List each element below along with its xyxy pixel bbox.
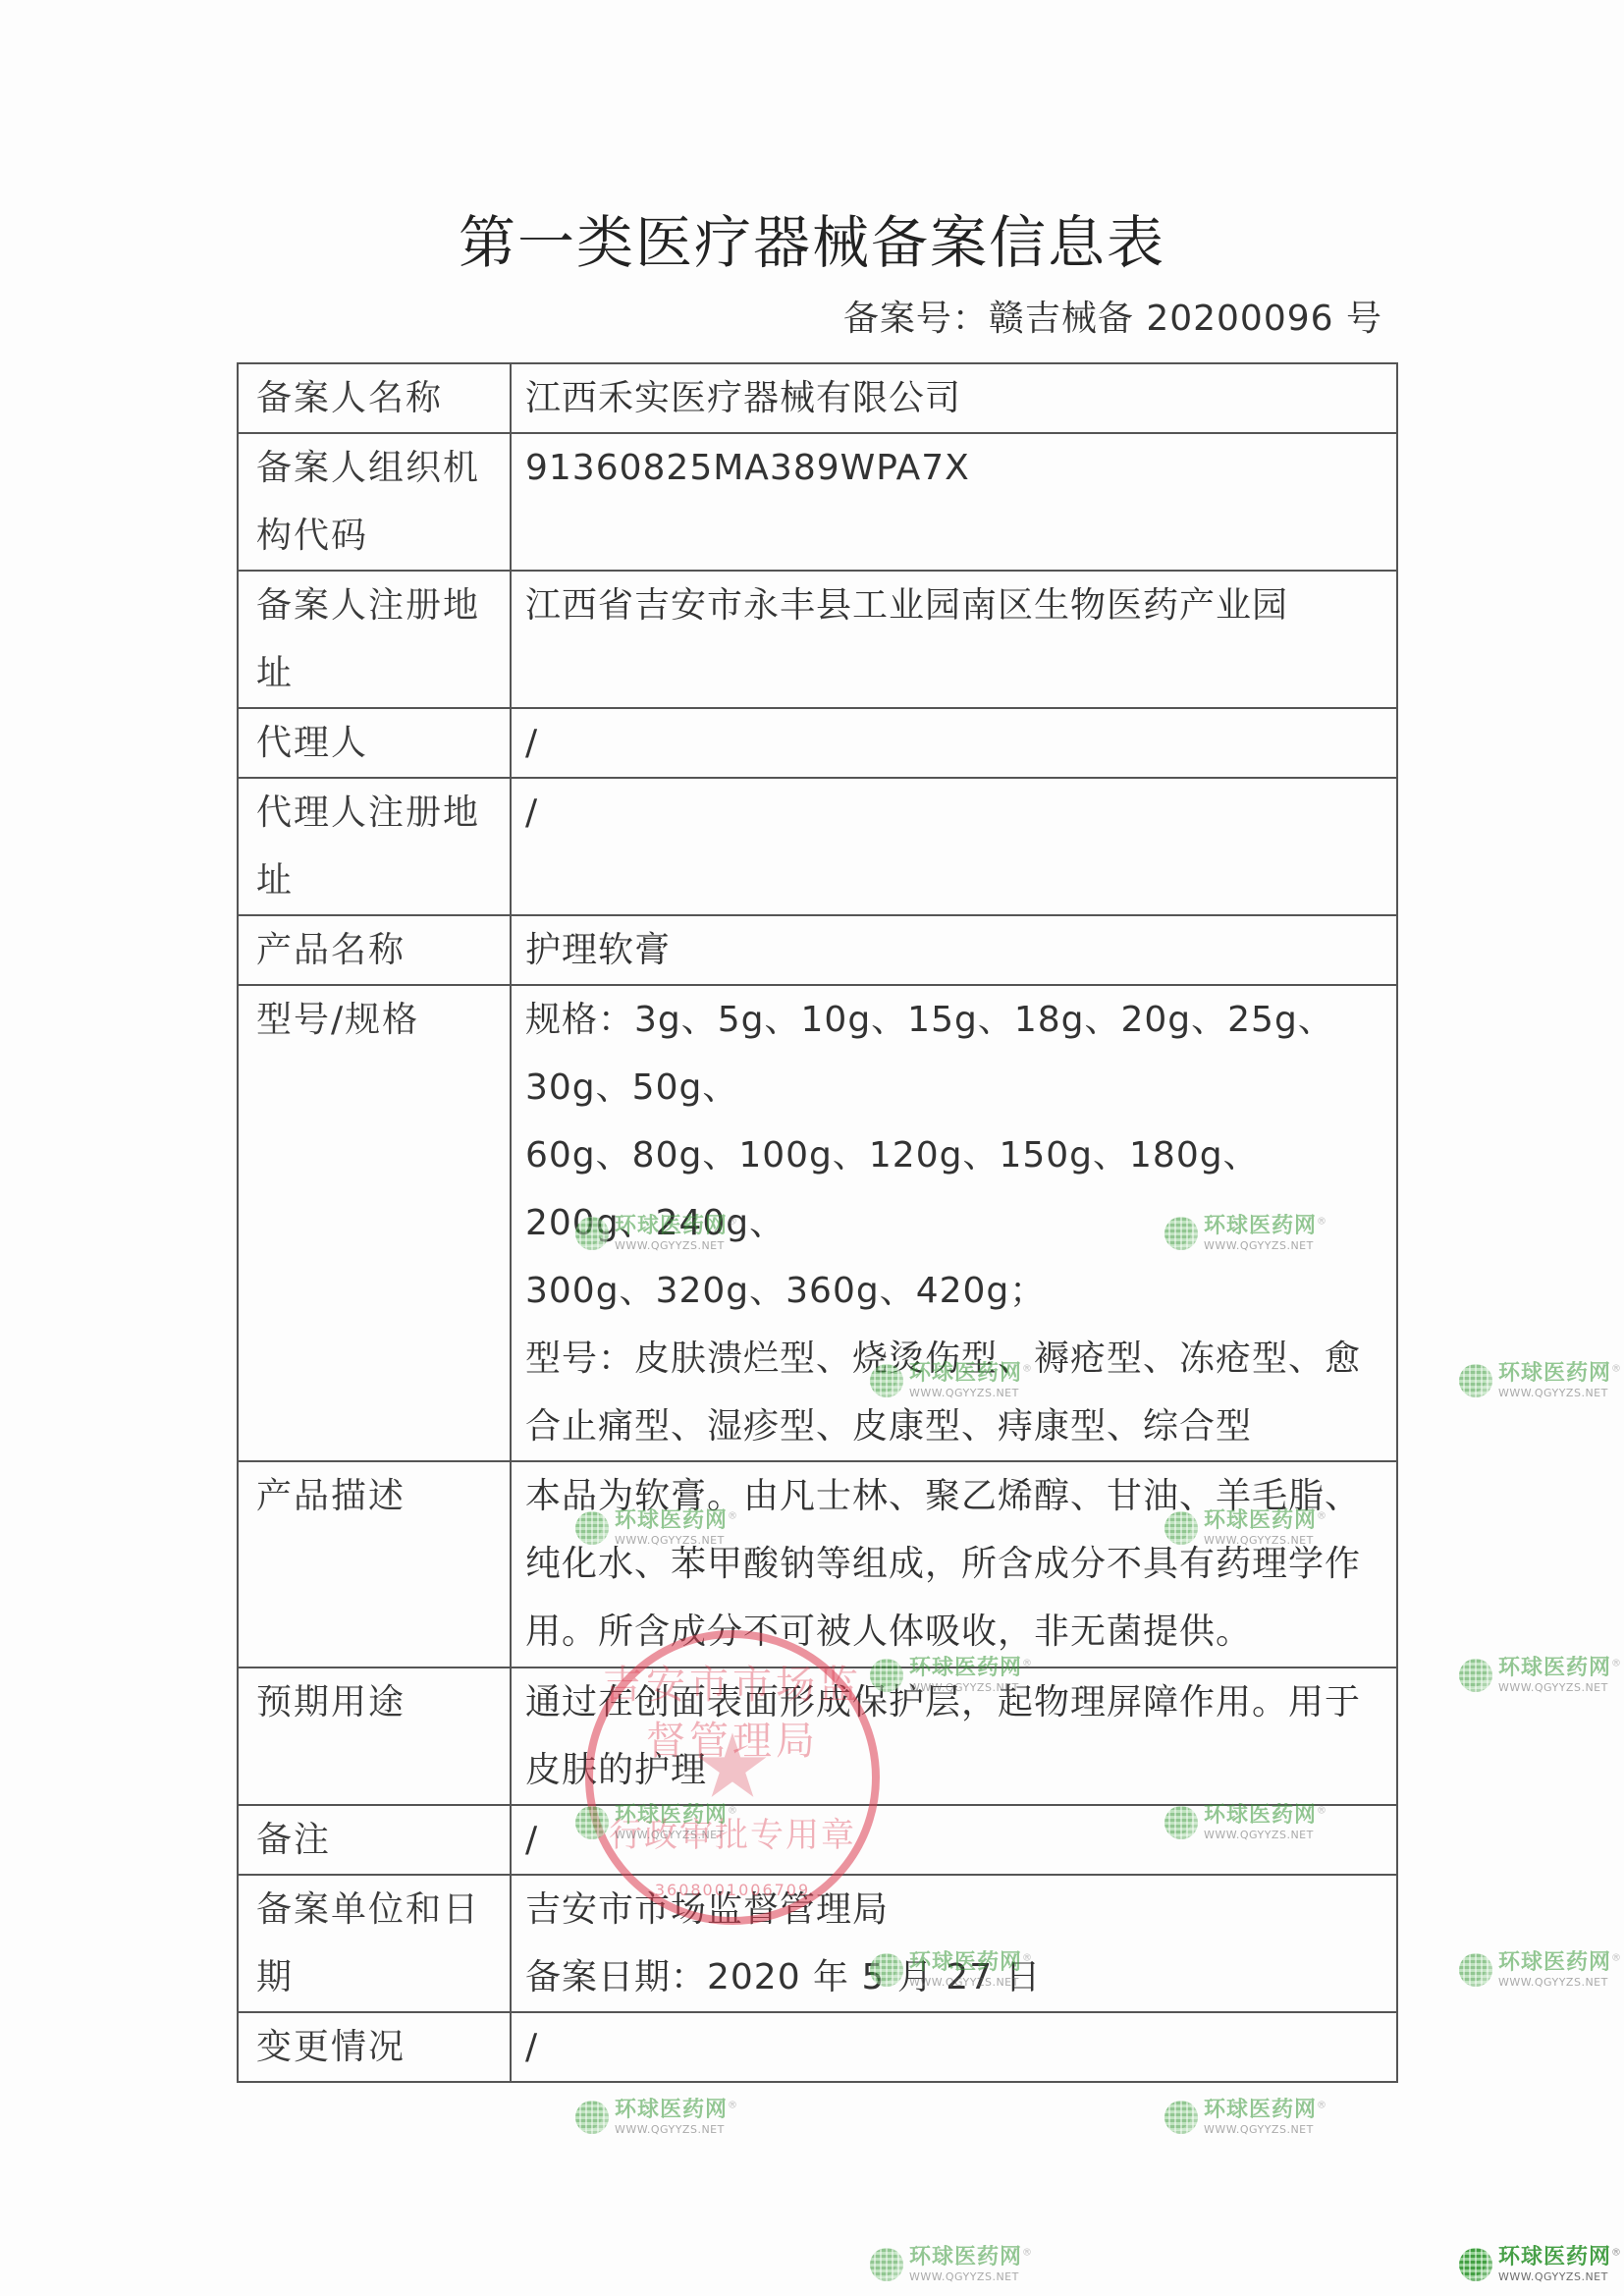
- row-value: 本品为软膏。由凡士林、聚乙烯醇、甘油、羊毛脂、 纯化水、苯甲酸钠等组成，所含成分…: [511, 1461, 1397, 1667]
- row-label: 型号/规格: [238, 985, 511, 1461]
- filing-number: 备案号：赣吉械备 20200096 号: [843, 291, 1382, 341]
- value-line: 本品为软膏。由凡士林、聚乙烯醇、甘油、羊毛脂、: [525, 1462, 1384, 1530]
- label-line: 产品描述: [256, 1462, 498, 1530]
- row-value: 吉安市市场监督管理局 备案日期：2020 年 5 月 27 日: [511, 1875, 1397, 2012]
- value-line: 通过在创面表面形成保护层，起物理屏障作用。用于: [525, 1668, 1384, 1736]
- label-line: 型号/规格: [256, 986, 498, 1054]
- row-label: 备注: [238, 1805, 511, 1875]
- row-label: 备案单位和日期: [238, 1875, 511, 2012]
- label-line: 代理人: [256, 709, 498, 777]
- value-line: /: [525, 779, 1384, 847]
- row-label: 备案人注册地址: [238, 571, 511, 708]
- globe-icon: [1459, 1953, 1492, 1987]
- filing-info-table: 备案人名称 江西禾实医疗器械有限公司 备案人组织机构代码 91360825MA3…: [237, 362, 1398, 2083]
- row-value: 规格：3g、5g、10g、15g、18g、20g、25g、30g、50g、 60…: [511, 985, 1397, 1461]
- value-line: 60g、80g、100g、120g、150g、180g、200g、240g、: [525, 1121, 1384, 1257]
- value-line: 型号：皮肤溃烂型、烧烫伤型、褥疮型、冻疮型、愈: [525, 1325, 1384, 1393]
- label-line: 构代码: [256, 502, 498, 570]
- value-line: 江西省吉安市永丰县工业园南区生物医药产业园: [525, 572, 1384, 639]
- label-line: 预期用途: [256, 1668, 498, 1736]
- registered-mark: ®: [1611, 1953, 1622, 1964]
- table-row-product-name: 产品名称 护理软膏: [238, 915, 1397, 985]
- label-line: 备案人注册地: [256, 572, 498, 639]
- row-label: 代理人注册地址: [238, 778, 511, 915]
- table-row-remarks: 备注 /: [238, 1805, 1397, 1875]
- watermark-url: WWW.QGYYZS.NET: [1498, 1977, 1622, 1988]
- table-row-agent-address: 代理人注册地址 /: [238, 778, 1397, 915]
- watermark-brand: 环球医药网: [1204, 2098, 1317, 2122]
- label-line: 址: [256, 847, 498, 914]
- table-row-filer-address: 备案人注册地址 江西省吉安市永丰县工业园南区生物医药产业园: [238, 571, 1397, 708]
- row-label: 代理人: [238, 708, 511, 778]
- row-value: 江西禾实医疗器械有限公司: [511, 363, 1397, 433]
- table-row-changes: 变更情况 /: [238, 2012, 1397, 2082]
- row-value: /: [511, 708, 1397, 778]
- watermark-url: WWW.QGYYZS.NET: [1498, 2271, 1622, 2282]
- watermark: 环球医药网®WWW.QGYYZS.NET: [1164, 2100, 1327, 2135]
- value-line: 91360825MA389WPA7X: [525, 434, 1384, 502]
- value-line: 纯化水、苯甲酸钠等组成，所含成分不具有药理学作: [525, 1530, 1384, 1598]
- label-line: 备案单位和日: [256, 1876, 498, 1943]
- value-line: 规格：3g、5g、10g、15g、18g、20g、25g、30g、50g、: [525, 986, 1384, 1121]
- row-label: 预期用途: [238, 1667, 511, 1805]
- watermark-corner: 环球医药网®WWW.QGYYZS.NET: [1459, 2247, 1622, 2282]
- value-line: /: [525, 1806, 1384, 1874]
- row-value: /: [511, 2012, 1397, 2082]
- watermark-brand: 环球医药网: [1498, 1361, 1611, 1386]
- row-value: 91360825MA389WPA7X: [511, 433, 1397, 571]
- watermark-url: WWW.QGYYZS.NET: [615, 2124, 738, 2135]
- registered-mark: ®: [728, 2101, 738, 2111]
- globe-icon: [870, 2248, 903, 2281]
- value-line: /: [525, 2013, 1384, 2081]
- row-value: 护理软膏: [511, 915, 1397, 985]
- registered-mark: ®: [1611, 1659, 1622, 1669]
- label-line: 备注: [256, 1806, 498, 1874]
- value-line: 吉安市市场监督管理局: [525, 1876, 1384, 1943]
- value-line: /: [525, 709, 1384, 777]
- globe-icon: [1459, 1364, 1492, 1397]
- watermark-brand: 环球医药网: [615, 2098, 728, 2122]
- globe-icon: [575, 2101, 609, 2134]
- watermark: 环球医药网®WWW.QGYYZS.NET: [870, 2247, 1033, 2282]
- watermark: 环球医药网®WWW.QGYYZS.NET: [1459, 1658, 1622, 1693]
- registered-mark: ®: [1611, 1364, 1622, 1375]
- label-line: 变更情况: [256, 2013, 498, 2081]
- globe-icon: [1459, 2248, 1492, 2281]
- watermark-brand: 环球医药网: [1498, 2245, 1611, 2269]
- watermark: 环球医药网®WWW.QGYYZS.NET: [1459, 1952, 1622, 1988]
- globe-icon: [1164, 2101, 1198, 2134]
- row-label: 变更情况: [238, 2012, 511, 2082]
- watermark: 环球医药网®WWW.QGYYZS.NET: [1459, 1363, 1622, 1398]
- watermark-brand: 环球医药网: [1498, 1656, 1611, 1680]
- table-row-agent: 代理人 /: [238, 708, 1397, 778]
- page-title: 第一类医疗器械备案信息表: [0, 196, 1624, 279]
- label-line: 备案人名称: [256, 364, 498, 432]
- row-value: /: [511, 778, 1397, 915]
- table-row-intended-use: 预期用途 通过在创面表面形成保护层，起物理屏障作用。用于 皮肤的护理: [238, 1667, 1397, 1805]
- label-line: 址: [256, 639, 498, 707]
- watermark-url: WWW.QGYYZS.NET: [909, 2271, 1033, 2282]
- watermark-url: WWW.QGYYZS.NET: [1498, 1682, 1622, 1693]
- label-line: 备案人组织机: [256, 434, 498, 502]
- watermark-url: WWW.QGYYZS.NET: [1204, 2124, 1327, 2135]
- row-value: /: [511, 1805, 1397, 1875]
- table-row-model-spec: 型号/规格 规格：3g、5g、10g、15g、18g、20g、25g、30g、5…: [238, 985, 1397, 1461]
- row-value: 江西省吉安市永丰县工业园南区生物医药产业园: [511, 571, 1397, 708]
- watermark-brand: 环球医药网: [909, 2245, 1022, 2269]
- value-line: 合止痛型、湿疹型、皮康型、痔康型、综合型: [525, 1393, 1384, 1460]
- label-line: 产品名称: [256, 916, 498, 984]
- row-label: 产品名称: [238, 915, 511, 985]
- table-row-filer-name: 备案人名称 江西禾实医疗器械有限公司: [238, 363, 1397, 433]
- label-line: 期: [256, 1943, 498, 2011]
- watermark-url: WWW.QGYYZS.NET: [1498, 1388, 1622, 1398]
- row-label: 产品描述: [238, 1461, 511, 1667]
- table-row-product-description: 产品描述 本品为软膏。由凡士林、聚乙烯醇、甘油、羊毛脂、 纯化水、苯甲酸钠等组成…: [238, 1461, 1397, 1667]
- watermark-brand: 环球医药网: [1498, 1950, 1611, 1975]
- value-line: 江西禾实医疗器械有限公司: [525, 364, 1384, 432]
- row-label: 备案人名称: [238, 363, 511, 433]
- value-line: 皮肤的护理: [525, 1736, 1384, 1804]
- table-row-org-code: 备案人组织机构代码 91360825MA389WPA7X: [238, 433, 1397, 571]
- label-line: 代理人注册地: [256, 779, 498, 847]
- registered-mark: ®: [1611, 2248, 1622, 2259]
- row-label: 备案人组织机构代码: [238, 433, 511, 571]
- watermark: 环球医药网®WWW.QGYYZS.NET: [575, 2100, 738, 2135]
- globe-icon: [1459, 1659, 1492, 1692]
- registered-mark: ®: [1317, 2101, 1327, 2111]
- row-value: 通过在创面表面形成保护层，起物理屏障作用。用于 皮肤的护理: [511, 1667, 1397, 1805]
- value-line: 用。所含成分不可被人体吸收，非无菌提供。: [525, 1598, 1384, 1666]
- value-line: 备案日期：2020 年 5 月 27 日: [525, 1943, 1384, 2011]
- value-line: 护理软膏: [525, 916, 1384, 984]
- table-row-filing-unit-date: 备案单位和日期 吉安市市场监督管理局 备案日期：2020 年 5 月 27 日: [238, 1875, 1397, 2012]
- registered-mark: ®: [1022, 2248, 1033, 2259]
- value-line: 300g、320g、360g、420g；: [525, 1257, 1384, 1325]
